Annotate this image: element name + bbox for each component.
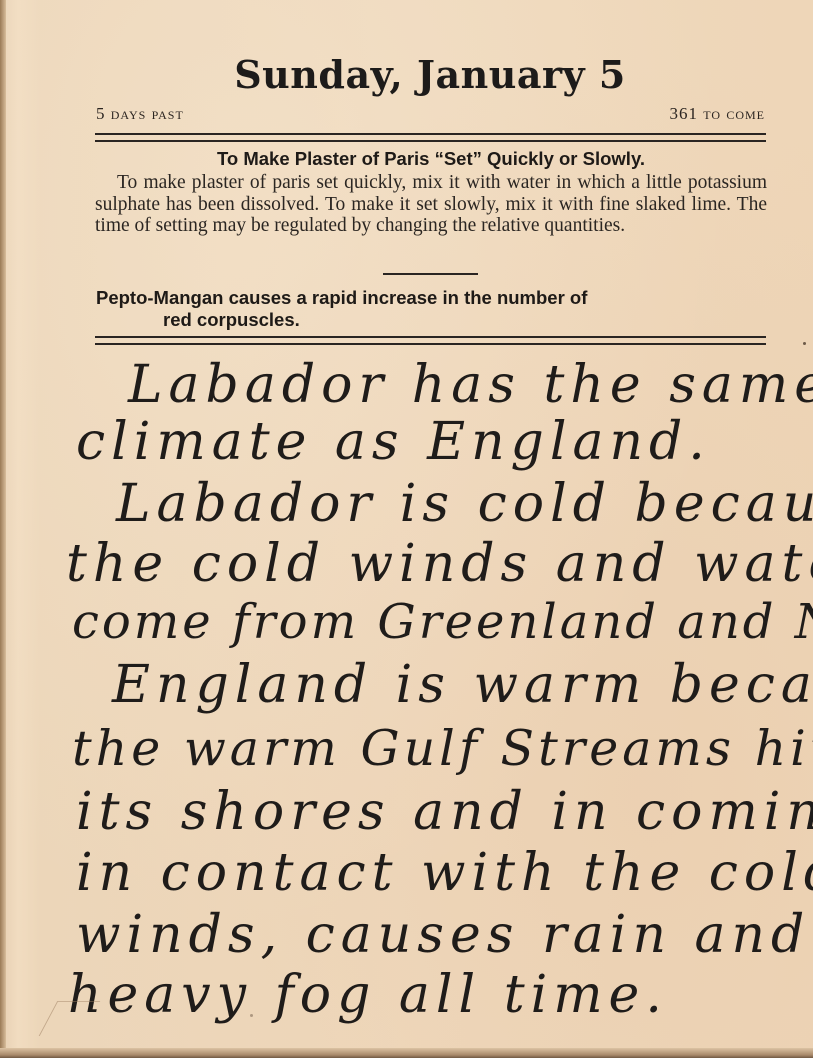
note-line: England is warm because <box>112 655 813 715</box>
printed-fact: Pepto-Mangan causes a rapid increase in … <box>96 287 768 331</box>
section-divider <box>383 273 478 275</box>
days-to-come-label: 361 to come <box>670 104 765 124</box>
page-binding-edge <box>0 0 6 1058</box>
note-line: Labador has the same <box>128 355 813 415</box>
note-line: Labador is cold because <box>116 474 813 534</box>
note-line: climate as England. <box>76 412 711 472</box>
page-bottom-edge <box>0 1048 813 1058</box>
paper-speck <box>250 1014 253 1017</box>
tip-body: To make plaster of paris set quickly, mi… <box>95 172 767 237</box>
note-line: its shores and in coming <box>76 782 813 842</box>
notes-divider <box>95 336 766 345</box>
tip-title: To Make Plaster of Paris “Set” Quickly o… <box>96 148 766 170</box>
note-line: the warm Gulf Streams hits <box>72 720 813 777</box>
note-line: in contact with the cold <box>76 843 813 903</box>
days-past-label: 5 days past <box>96 104 184 124</box>
note-line: the cold winds and waters <box>66 534 813 594</box>
note-line: winds, causes rain and <box>76 905 810 965</box>
page-title: Sunday, January 5 <box>0 52 813 97</box>
header-divider <box>95 133 766 142</box>
fact-line-1: Pepto-Mangan causes a rapid increase in … <box>96 287 587 308</box>
note-line: come from Greenland and N.P. <box>72 594 813 650</box>
fact-line-2: red corpuscles. <box>96 309 768 331</box>
note-line: heavy fog all time. <box>68 965 668 1025</box>
paper-speck <box>803 342 806 345</box>
